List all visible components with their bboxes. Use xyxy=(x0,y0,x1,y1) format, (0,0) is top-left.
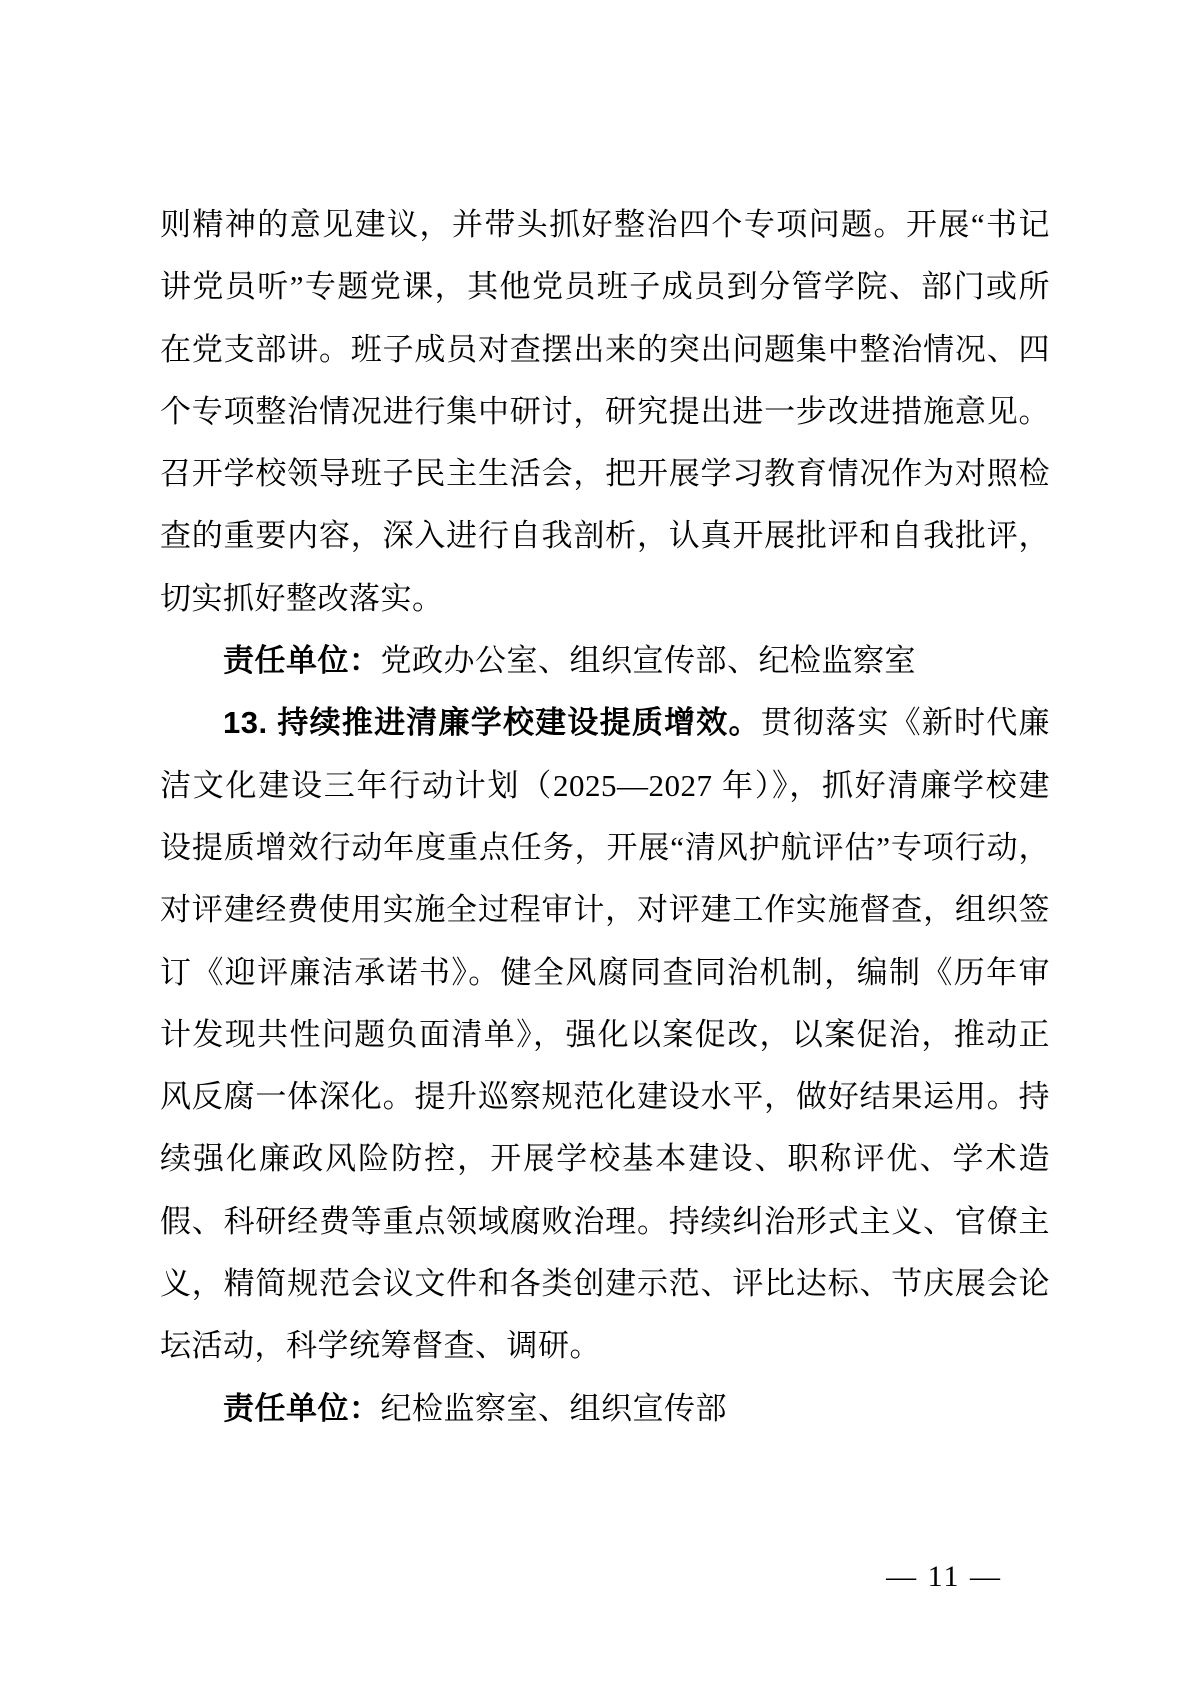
responsible-unit-label-2: 责任单位： xyxy=(223,1391,381,1426)
item-13-body: 贯彻落实《新时代廉洁文化建设三年行动计划（2025—2027 年）》，抓好清廉学… xyxy=(160,705,1050,1363)
responsible-unit-value-2: 纪检监察室、组织宣传部 xyxy=(381,1391,728,1426)
responsible-unit-line-1: 责任单位：党政办公室、组织宣传部、纪检监察室 xyxy=(160,630,1050,692)
document-text-block: 则精神的意见建议，并带头抓好整治四个专项问题。开展“书记讲党员听”专题党课，其他… xyxy=(160,194,1050,1440)
document-page: 则精神的意见建议，并带头抓好整治四个专项问题。开展“书记讲党员听”专题党课，其他… xyxy=(0,0,1190,1683)
numbered-item-13: 13. 持续推进清廉学校建设提质增效。贯彻落实《新时代廉洁文化建设三年行动计划（… xyxy=(160,692,1050,1377)
responsible-unit-line-2: 责任单位：纪检监察室、组织宣传部 xyxy=(160,1378,1050,1440)
page-number-footer: — 11 — xyxy=(886,1560,1002,1594)
paragraph-continuation: 则精神的意见建议，并带头抓好整治四个专项问题。开展“书记讲党员听”专题党课，其他… xyxy=(160,194,1050,630)
responsible-unit-label-1: 责任单位： xyxy=(223,643,381,678)
paragraph-continuation-text: 则精神的意见建议，并带头抓好整治四个专项问题。开展“书记讲党员听”专题党课，其他… xyxy=(160,207,1050,616)
item-13-heading: 13. 持续推进清廉学校建设提质增效。 xyxy=(223,705,761,740)
responsible-unit-value-1: 党政办公室、组织宣传部、纪检监察室 xyxy=(381,643,917,678)
